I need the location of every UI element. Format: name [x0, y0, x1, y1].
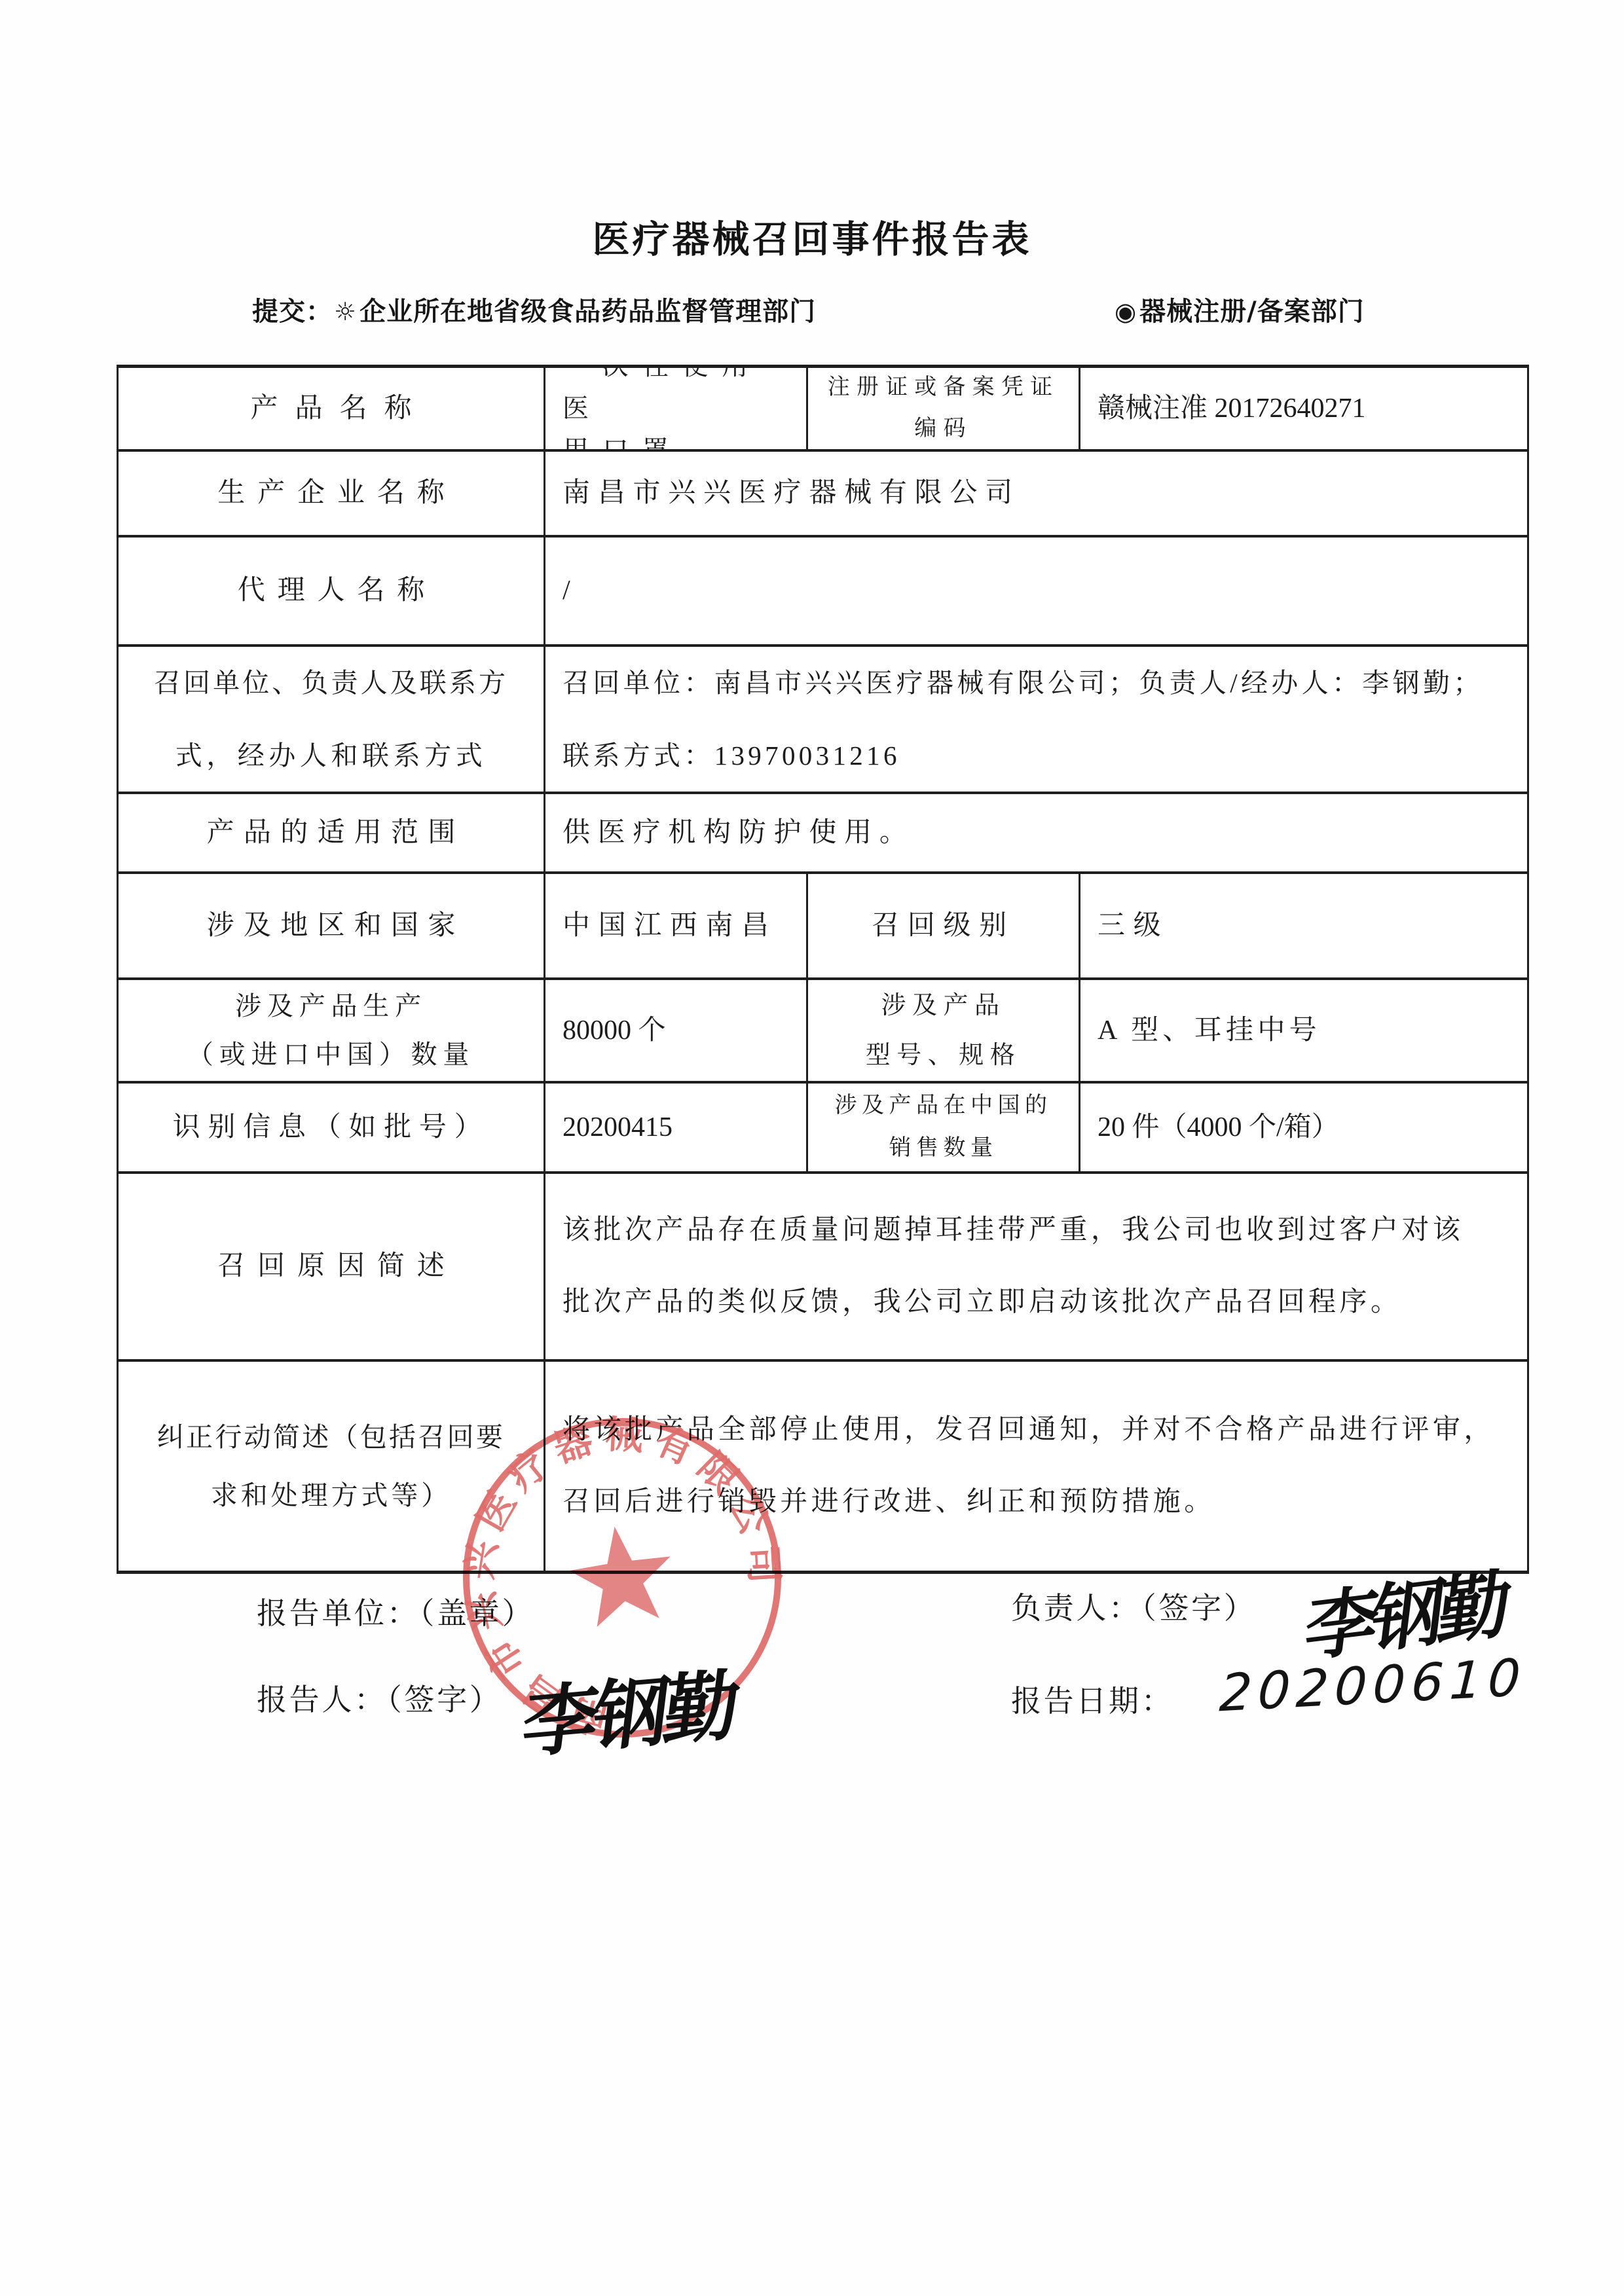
product-name-label: 产品名称 — [119, 368, 545, 452]
submit-option-dept-label: 器械注册/备案部门 — [1139, 297, 1365, 327]
label-line: 式，经办人和联系方式 — [175, 720, 487, 792]
label-line: 求和处理方式等） — [211, 1467, 451, 1524]
registration-cert-label: 注册证或备案凭证 编码 — [808, 368, 1080, 452]
corrective-action-label: 纠正行动简述（包括召回要 求和处理方式等） — [119, 1362, 545, 1571]
value-text: / — [563, 570, 570, 611]
label-text: 召回级别 — [872, 905, 1014, 947]
value-line: 召回单位：南昌市兴兴医疗器械有限公司；负责人/经办人：李钢勤； — [563, 647, 1484, 720]
regions-involved-value: 中国江西南昌 — [545, 874, 808, 980]
identification-info-label: 识别信息（如批号） — [119, 1084, 545, 1174]
value-text: A 型、耳挂中号 — [1098, 1010, 1321, 1051]
value-text: 中国江西南昌 — [563, 905, 777, 947]
submit-line-right: ◉器械注册/备案部门 — [1113, 291, 1365, 328]
manufacturer-label: 生产企业名称 — [119, 452, 545, 538]
production-quantity-label: 涉及产品生产 （或进口中国）数量 — [119, 980, 545, 1084]
label-text: 产品名称 — [233, 388, 428, 429]
china-sales-value: 20 件（4000 个/箱） — [1080, 1084, 1527, 1174]
label-text: 识别信息（如批号） — [173, 1107, 490, 1148]
report-date-label: 报告日期： — [1011, 1677, 1173, 1721]
sun-radio-icon: ☼ — [333, 297, 360, 326]
recall-reason-value: 该批次产品存在质量问题掉耳挂带严重，我公司也收到过客户对该 批次产品的类似反馈，… — [545, 1174, 1527, 1362]
value-text: 三级 — [1098, 905, 1169, 947]
recall-level-label: 召回级别 — [808, 874, 1080, 980]
responsible-person-label: 负责人：（签字） — [1011, 1584, 1256, 1628]
label-text: 涉及地区和国家 — [197, 905, 464, 947]
label-text: 召回原因简述 — [205, 1246, 456, 1287]
value-text: 赣械注准 20172640271 — [1098, 388, 1366, 429]
production-quantity-value: 80000 个 — [545, 980, 808, 1084]
selected-radio-icon: ◉ — [1113, 297, 1139, 326]
agent-name-value: / — [545, 538, 1527, 647]
model-spec-value: A 型、耳挂中号 — [1080, 980, 1527, 1084]
value-line: 将该批产品全部停止使用，发召回通知，并对不合格产品进行评审， — [563, 1394, 1495, 1466]
agent-name-label: 代理人名称 — [119, 538, 545, 647]
recall-unit-contact-value: 召回单位：南昌市兴兴医疗器械有限公司；负责人/经办人：李钢勤； 联系方式：139… — [545, 647, 1527, 794]
value-line: 该批次产品存在质量问题掉耳挂带严重，我公司也收到过客户对该 — [563, 1195, 1464, 1266]
recall-report-document: 医疗器械召回事件报告表 提交：☼企业所在地省级食品药品监督管理部门 ◉器械注册/… — [0, 0, 1624, 2296]
label-line: 召回单位、负责人及联系方 — [154, 647, 508, 720]
value-line: 用口罩 — [563, 429, 682, 452]
regions-involved-label: 涉及地区和国家 — [119, 874, 545, 980]
value-line: 联系方式：13970031216 — [563, 720, 900, 792]
label-line: 型号、规格 — [866, 1030, 1022, 1080]
label-line: 涉及产品 — [881, 981, 1005, 1030]
recall-level-value: 三级 — [1080, 874, 1527, 980]
value-line: 一次性使用医 — [563, 368, 798, 429]
china-sales-label: 涉及产品在中国的 销售数量 — [808, 1084, 1080, 1174]
label-text: 代理人名称 — [225, 570, 437, 611]
recall-unit-contact-label: 召回单位、负责人及联系方 式，经办人和联系方式 — [119, 647, 545, 794]
registration-cert-value: 赣械注准 20172640271 — [1080, 368, 1527, 452]
value-text: 20 件（4000 个/箱） — [1098, 1107, 1339, 1148]
value-line: 批次产品的类似反馈，我公司立即启动该批次产品召回程序。 — [563, 1267, 1401, 1338]
submit-line-left: 提交：☼企业所在地省级食品药品监督管理部门 — [252, 291, 816, 328]
manufacturer-value: 南昌市兴兴医疗器械有限公司 — [545, 452, 1527, 538]
reporter-label: 报告人：（签字） — [257, 1676, 502, 1719]
model-spec-label: 涉及产品 型号、规格 — [808, 980, 1080, 1084]
label-line: 纠正行动简述（包括召回要 — [157, 1408, 505, 1466]
applicable-scope-label: 产品的适用范围 — [119, 794, 545, 874]
value-text: 供医疗机构防护使用。 — [563, 812, 915, 854]
product-name-value: 一次性使用医 用口罩 — [545, 368, 808, 452]
recall-reason-label: 召回原因简述 — [119, 1174, 545, 1362]
value-text: 南昌市兴兴医疗器械有限公司 — [563, 473, 1020, 514]
label-line: 注册证或备案凭证 — [828, 368, 1060, 409]
applicable-scope-value: 供医疗机构防护使用。 — [545, 794, 1527, 874]
label-line: 编码 — [914, 409, 972, 450]
label-text: 生产企业名称 — [205, 473, 456, 514]
submit-prefix: 提交： — [252, 297, 333, 327]
value-text: 80000 个 — [563, 1010, 666, 1051]
label-line: （或进口中国）数量 — [187, 1030, 475, 1079]
report-unit-label: 报告单位：（盖章） — [257, 1590, 534, 1633]
value-text: 20200415 — [563, 1107, 673, 1148]
label-line: 销售数量 — [889, 1127, 998, 1170]
corrective-action-value: 将该批产品全部停止使用，发召回通知，并对不合格产品进行评审， 召回后进行销毁并进… — [545, 1362, 1527, 1571]
reporter-signature: 李钢勤 — [517, 1644, 743, 1774]
label-line: 涉及产品生产 — [235, 982, 427, 1030]
value-line: 召回后进行销毁并进行改进、纠正和预防措施。 — [563, 1467, 1215, 1538]
submit-option-region-label: 企业所在地省级食品药品监督管理部门 — [360, 297, 816, 327]
identification-info-value: 20200415 — [545, 1084, 808, 1174]
report-date-handwritten: 20200610 — [1218, 1649, 1528, 1724]
page-title: 医疗器械召回事件报告表 — [0, 210, 1624, 263]
label-text: 产品的适用范围 — [197, 812, 464, 854]
recall-form-table: 产品名称 一次性使用医 用口罩 注册证或备案凭证 编码 赣械注准 2017264… — [117, 365, 1529, 1574]
label-line: 涉及产品在中国的 — [835, 1085, 1052, 1127]
